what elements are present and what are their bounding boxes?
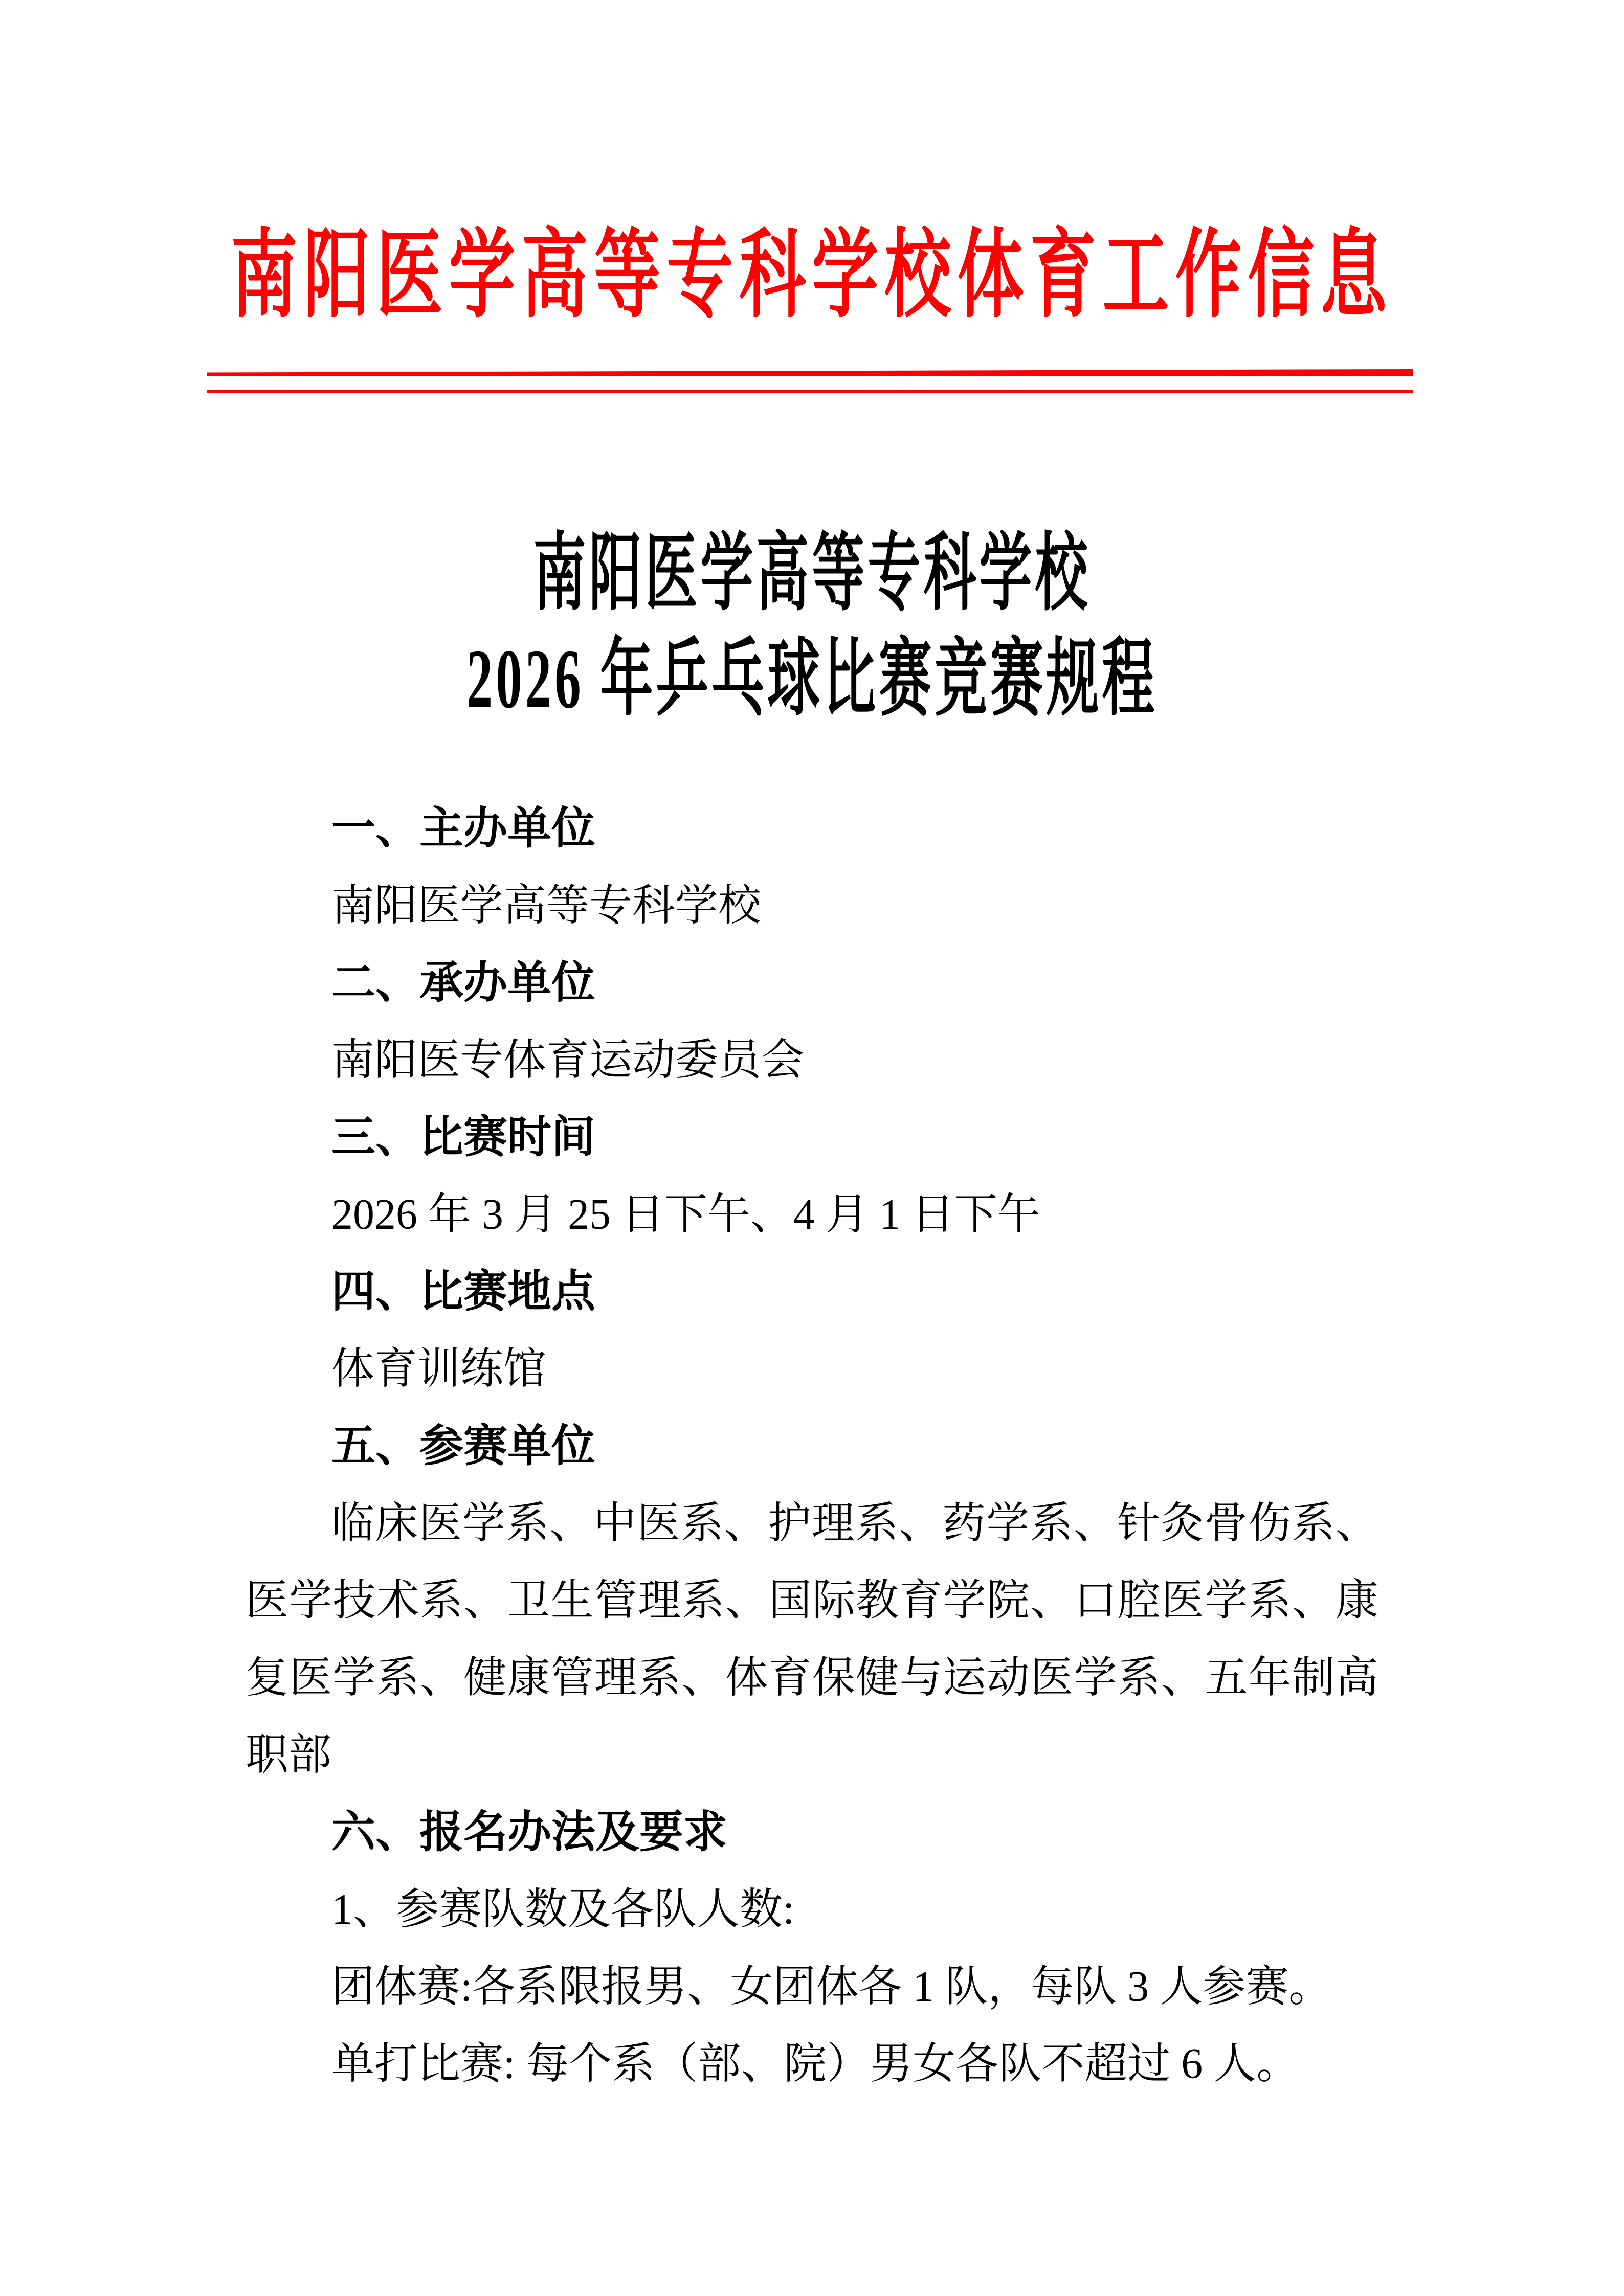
- doc-title-line2-text: 2026 年乒乓球比赛竞赛规程: [466, 595, 1158, 764]
- body-line: 1、参赛队数及各队人数:: [246, 1871, 1378, 1948]
- body-line: 体育训练馆: [246, 1331, 1378, 1408]
- content-body: 一、主办单位南阳医学高等专科学校二、承办单位南阳医专体育运动委员会三、比赛时间2…: [246, 790, 1378, 2103]
- doc-title: 南阳医学高等专科学校 2026 年乒乓球比赛竞赛规程: [0, 522, 1624, 732]
- body-line: 南阳医专体育运动委员会: [246, 1022, 1378, 1099]
- section-heading: 二、承办单位: [246, 944, 1378, 1022]
- body-line: 医学技术系、卫生管理系、国际教育学院、口腔医学系、康: [246, 1562, 1378, 1639]
- body-line: 临床医学系、中医系、护理系、药学系、针灸骨伤系、: [246, 1485, 1378, 1562]
- double-rule-bottom-line: [207, 390, 1413, 393]
- masthead-title: 南阳医学高等专科学校体育工作信息: [0, 215, 1624, 337]
- doc-title-line2: 2026 年乒乓球比赛竞赛规程: [0, 627, 1624, 732]
- masthead-title-text: 南阳医学高等专科学校体育工作信息: [231, 188, 1393, 365]
- section-heading: 一、主办单位: [246, 790, 1378, 867]
- double-rule: [207, 369, 1413, 393]
- section-heading: 四、比赛地点: [246, 1253, 1378, 1331]
- document-page: { "page": { "accent_color": "#ff0000", "…: [0, 0, 1624, 2296]
- body-line: 单打比赛: 每个系（部、院）男女各队不超过 6 人。: [246, 2025, 1378, 2103]
- body-line: 团体赛:各系限报男、女团体各 1 队，每队 3 人参赛。: [246, 1948, 1378, 2025]
- page: 南阳医学高等专科学校体育工作信息 南阳医学高等专科学校 2026 年乒乓球比赛竞…: [0, 0, 1624, 2296]
- body-line: 南阳医学高等专科学校: [246, 867, 1378, 944]
- body-line: 复医学系、健康管理系、体育保健与运动医学系、五年制高: [246, 1639, 1378, 1717]
- body-line: 职部: [246, 1717, 1378, 1794]
- section-heading: 六、报名办法及要求: [246, 1794, 1378, 1871]
- body-line: 2026 年 3 月 25 日下午、4 月 1 日下午: [246, 1176, 1378, 1253]
- double-rule-top-line: [207, 369, 1413, 376]
- section-heading: 三、比赛时间: [246, 1099, 1378, 1176]
- section-heading: 五、参赛单位: [246, 1408, 1378, 1485]
